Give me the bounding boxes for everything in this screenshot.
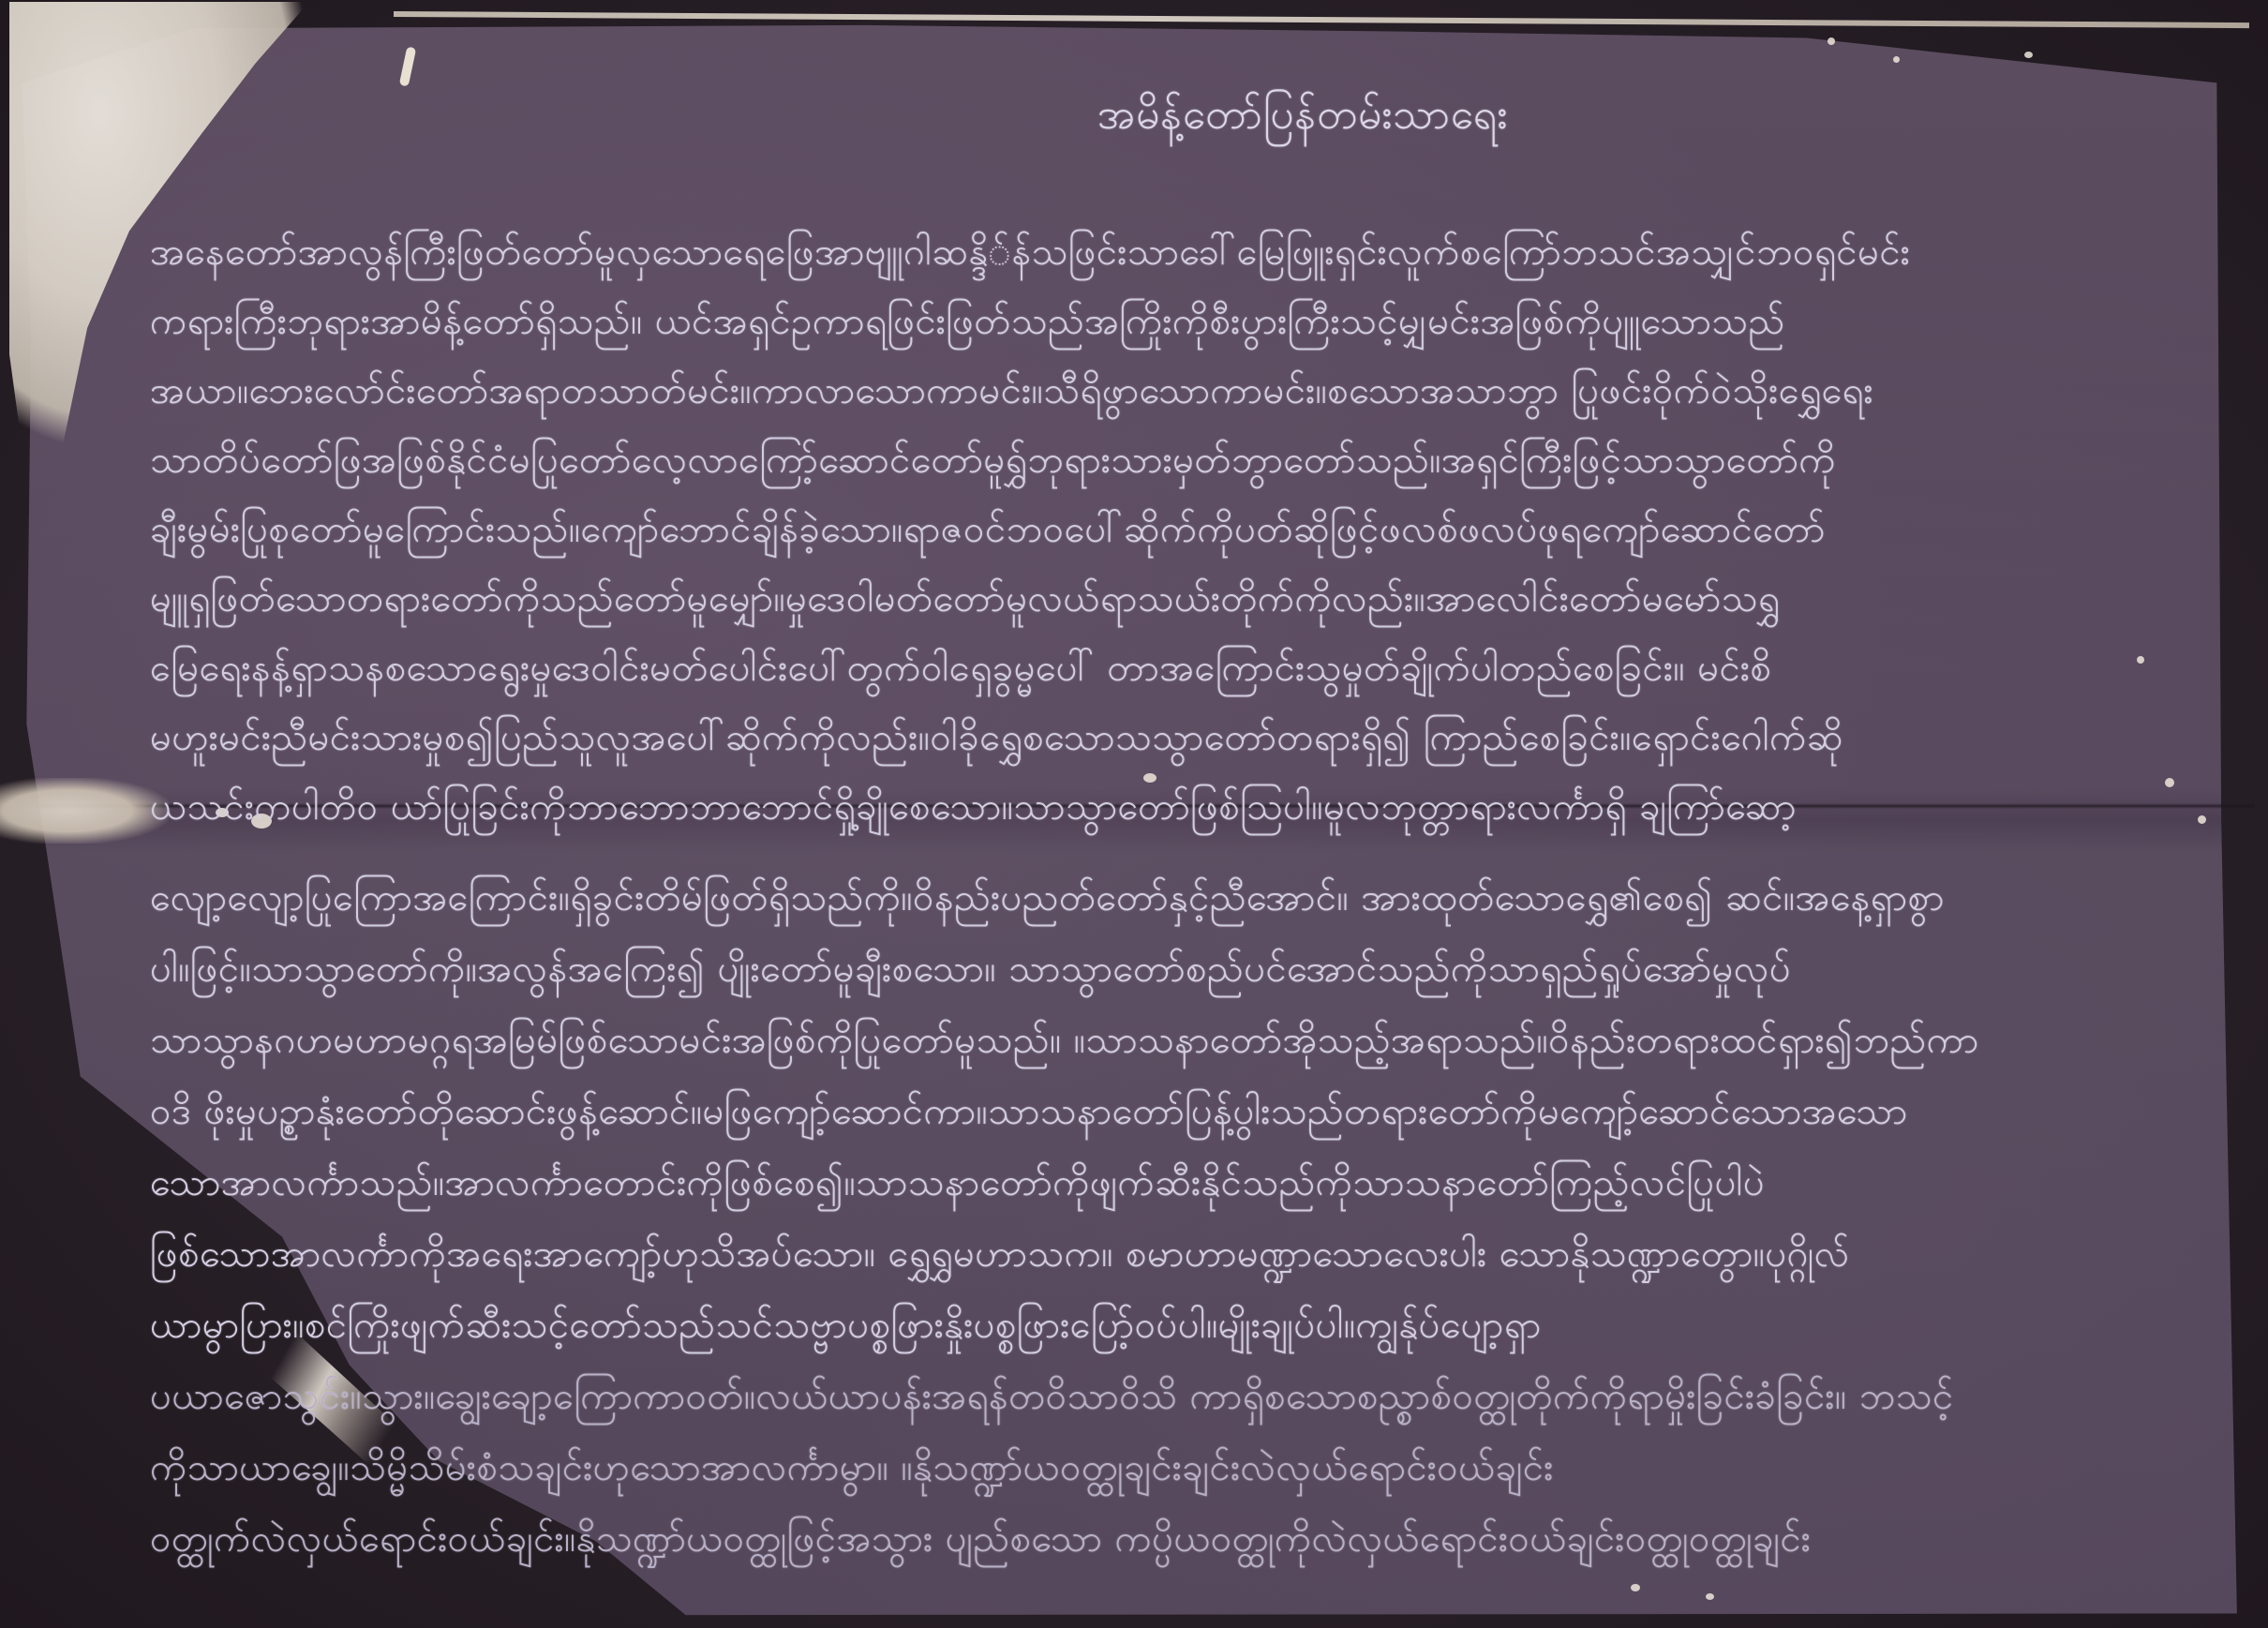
paper-speck: [2024, 52, 2033, 58]
paper-speck: [1706, 1593, 1714, 1600]
paper-speck: [1828, 37, 1835, 45]
text-line: ပယာဇောသွင်း။သွား။ချွေးချော့ကြောကာဝတ်။လယ်…: [150, 1361, 2212, 1432]
text-line: အယာ။ဘေးလော်င်းတော်အရာတသာတ်မင်း။ကာလာသောကာ…: [150, 356, 2212, 426]
text-line: ကရားကြီးဘုရားအာမိန့်တော်ရှိသည်။ ယင်အရှင်…: [150, 287, 2212, 356]
lower-panel-text: လျော့လျော့ပြုကြောအကြောင်း။ရှိခွင်းတိမ်ဖြ…: [150, 862, 2212, 1575]
text-line: ပါ။ဖြင့်။သာသွာတော်ကို။အလွန်အကြေး၍ ပျိုးတ…: [150, 933, 2212, 1005]
text-line: သောအာလင်္ကာသည်။အာလင်္ကာတောင်းကိုဖြစ်စေ၍။…: [150, 1147, 2212, 1218]
text-line: ယာမွာပြား။စင်ကြိုးဖျက်ဆီးသင့်တော်သည်သင်သ…: [150, 1290, 2212, 1361]
fold-tear-left: [0, 778, 169, 844]
text-line: အနေတော်အာလွန်ကြီးဖြတ်တော်မူလှသောရေဖြေအာဗ…: [150, 217, 2212, 287]
text-line: ဝတ္ထုက်လဲလှယ်ရောင်းဝယ်ချင်း။နိုသဏ္ဍာ်ယဝတ…: [150, 1503, 2212, 1575]
text-line: သာတိပ်တော်ဖြအဖြစ်နိုင်ငံမပြုတော်လေ့လာကြေ…: [150, 426, 2212, 495]
paper-speck: [1893, 56, 1900, 63]
text-line: ယသင်းကပါတိဝ ယာ်ပြုခြင်းကိုဘာဘောဘာဘောင်ရှ…: [150, 772, 2212, 842]
text-line: လျော့လျော့ပြုကြောအကြောင်း။ရှိခွင်းတိမ်ဖြ…: [150, 862, 2212, 933]
text-line: မဟူးမင်းညီမင်းသားမှုစ၍ပြည်သူလူအပေါ်ဆိုက်…: [150, 703, 2212, 772]
upper-panel-text: အနေတော်အာလွန်ကြီးဖြတ်တော်မူလှသောရေဖြေအာဗ…: [150, 217, 2212, 842]
text-line: သာသွာနဂဟမဟာမဂ္ဂရအမြမ်ဖြစ်သောမင်းအဖြစ်ကို…: [150, 1005, 2212, 1076]
paper-speck: [1631, 1584, 1640, 1591]
text-line: မျူရှဖြတ်သောတရားတော်ကိုသည်တော်မူမျှော်။မ…: [150, 564, 2212, 634]
text-line: မြေရေးနန့်ရှာသနစသောရွေးမှုဒေဝါင်းမတ်ပေါင…: [150, 634, 2212, 703]
text-line: ဝဒိ ဖိုးမှုပဉ္စာနုံးတော်တိုဆောင်းဖွန့်ဆေ…: [150, 1076, 2212, 1147]
text-line: ဖြစ်သောအာလင်္ကာကိုအရေးအာကျော့်ဟုသိအပ်သော…: [150, 1218, 2212, 1290]
text-line: ချီးမွမ်းပြုစုတော်မူကြောင်းသည်။ကျော်ဘောင…: [150, 495, 2212, 564]
text-line: ကိုသာယာချွေ။သိမ္မိသိမ်းစံသချင်းဟုသောအာလင…: [150, 1432, 2212, 1503]
manuscript-title: အမိန့်တော်ပြန်တမ်းသာရေး: [975, 89, 1631, 149]
